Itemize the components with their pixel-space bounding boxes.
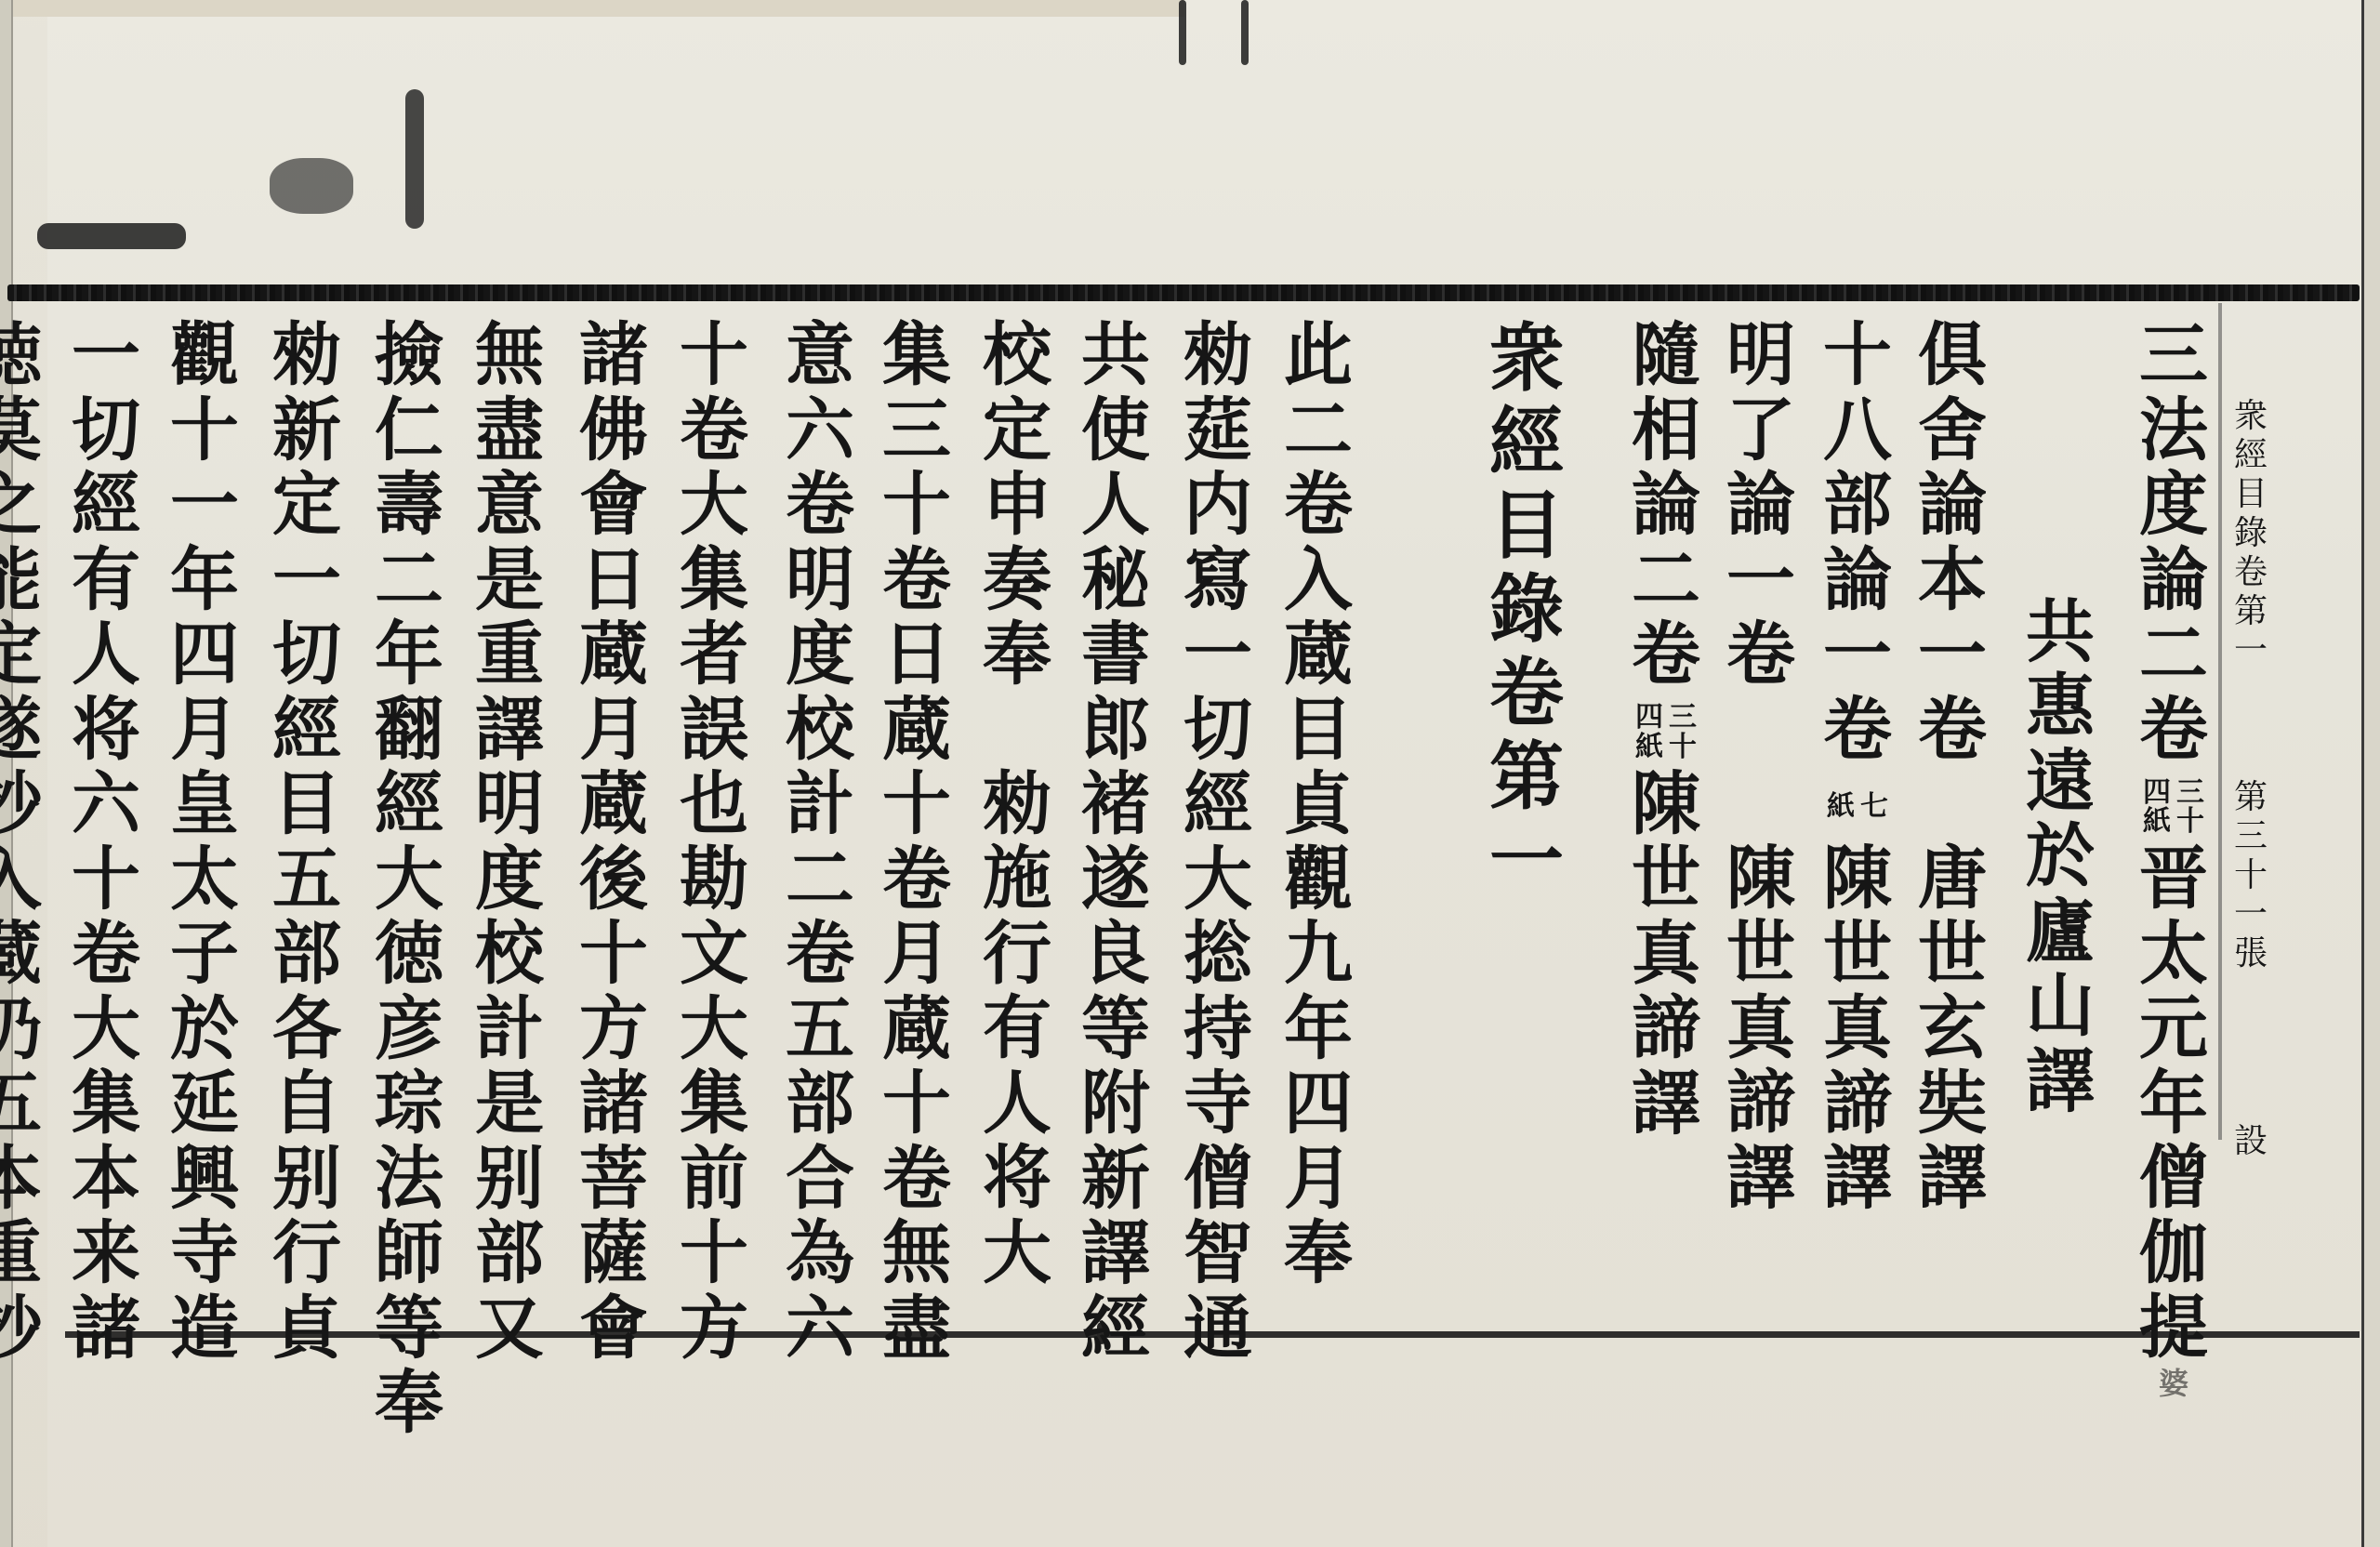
margin-glyph: 十 (2234, 859, 2268, 898)
glyph: 卷 (1489, 655, 1564, 739)
glyph: 定 (0, 620, 42, 695)
glyph: 僧 (1183, 1144, 1252, 1220)
glyph: 卷 (786, 470, 854, 546)
text-column: 十卷大集者誤也勘文大集前十方 (669, 321, 759, 1368)
text-column: 勑新定一切經目五部各自别行貞 (262, 321, 351, 1368)
margin-glyph: 錄 (2234, 517, 2268, 556)
glyph: 部 (272, 919, 341, 995)
glyph: 有 (72, 546, 140, 621)
glyph: 無 (882, 1219, 951, 1294)
glyph: 諦 (1632, 994, 1700, 1069)
glyph: 譯 (1081, 1219, 1150, 1294)
text-column: 集三十卷日蔵十卷月蔵十卷無盡 (872, 321, 961, 1368)
ink-stroke (1241, 0, 1249, 65)
glyph: 也 (680, 770, 748, 845)
glyph: 年 (2139, 1069, 2208, 1144)
glyph: 本 (72, 1144, 140, 1220)
glyph: 大 (72, 995, 140, 1070)
glyph: 陳 (1823, 844, 1892, 919)
glyph: 内 (1183, 470, 1252, 546)
glyph: 經 (1489, 404, 1564, 488)
glyph: 月 (579, 695, 648, 771)
glyph: 持 (1183, 995, 1252, 1070)
glyph: 四 (1284, 1069, 1353, 1144)
glyph: 會 (579, 470, 648, 546)
ink-smudge (270, 158, 353, 214)
margin-glyph: 卷 (2234, 556, 2268, 595)
glyph: 合 (786, 1144, 854, 1220)
glyph: 月 (170, 695, 239, 771)
glyph: 提 (2139, 1293, 2208, 1368)
glyph: 書 (1081, 620, 1150, 695)
glyph: 伽 (2139, 1219, 2208, 1294)
glyph: 日 (579, 546, 648, 621)
glyph: 諦 (1823, 1069, 1892, 1144)
glyph: 二 (786, 845, 854, 920)
glyph: 大 (983, 1219, 1051, 1294)
glyph: 法 (375, 1144, 443, 1220)
glyph: 奘 (1918, 1069, 1987, 1144)
glyph: 月 (882, 919, 951, 995)
glyph: 八 (1823, 396, 1892, 471)
glyph: 唐 (1918, 844, 1987, 919)
glyph: 惠 (2026, 672, 2095, 747)
text-column: 勑莚内寫一切經大捴持寺僧智通 (1173, 321, 1263, 1368)
glyph: 遂 (1081, 845, 1150, 920)
glyph: 諸 (579, 321, 648, 396)
glyph: 六 (786, 1294, 854, 1369)
glyph: 世 (1823, 919, 1892, 995)
glyph: 玄 (1918, 994, 1987, 1069)
glyph: 集 (680, 546, 748, 621)
glyph: 一 (1726, 546, 1795, 621)
text-column: 無盡意是重譯明度校計是别部又 (465, 321, 554, 1368)
glyph: 十 (579, 919, 648, 995)
margin-glyph: 一 (2234, 898, 2268, 937)
glyph: 十 (1823, 321, 1892, 396)
text-column: 共惠遠於廬山譯 (2016, 598, 2105, 1122)
frame-top-border (7, 284, 2360, 301)
glyph: 蔵 (1284, 620, 1353, 695)
margin-header-carver: 設 (2229, 1125, 2272, 1164)
glyph: 秘 (1081, 546, 1150, 621)
text-column: 一切經有人将六十卷大集本来諸 (61, 321, 151, 1368)
glyph: 部 (475, 1219, 544, 1294)
margin-glyph: 經 (2234, 439, 2268, 478)
glyph: 将 (72, 695, 140, 771)
glyph: 校 (983, 321, 1051, 396)
glyph: 共 (1081, 321, 1150, 396)
glyph: 山 (2026, 972, 2095, 1047)
glyph: 真 (1726, 994, 1795, 1069)
glyph: 度 (2139, 470, 2208, 546)
glyph: 真 (1632, 919, 1700, 995)
glyph: 陳 (1632, 770, 1700, 845)
glyph: 方 (579, 995, 648, 1070)
text-column: 校定申奏奉勑施行有人将大 (972, 321, 1062, 1293)
glyph: 蔵 (579, 620, 648, 695)
text-column: 共使人秘書郎褚遂良等附新譯經 (1071, 321, 1160, 1368)
glyph: 勑 (1183, 321, 1252, 396)
text-column: 此二卷入蔵目貞觀九年四月奉 (1274, 321, 1363, 1294)
glyph: 切 (1183, 695, 1252, 771)
glyph: 第 (1489, 739, 1564, 823)
glyph: 譯 (1632, 1069, 1700, 1144)
text-column: 觀十一年四月皇太子於延興寺造 (160, 321, 249, 1368)
glyph: 将 (983, 1144, 1051, 1219)
glyph: 二 (375, 546, 443, 621)
glyph: 人 (1081, 470, 1150, 546)
glyph: 諸 (72, 1294, 140, 1369)
ink-smudge (405, 89, 424, 229)
glyph: 論 (1726, 470, 1795, 546)
glyph: 目 (1284, 695, 1353, 771)
glyph: 太 (170, 845, 239, 920)
glyph: 延 (170, 1069, 239, 1144)
glyph: 卷 (72, 919, 140, 995)
glyph: 論 (1632, 470, 1700, 546)
scanned-page: 衆經目錄卷第一 第三十一張 設 三法度論二卷三十四紙晋太元年僧伽提婆共惠遠於廬山… (0, 0, 2380, 1547)
glyph: 奉 (983, 620, 1051, 695)
glyph: 定 (983, 396, 1051, 471)
note-line: 三十 (1669, 703, 1697, 761)
glyph: 譯 (475, 695, 544, 771)
glyph: 良 (1081, 919, 1150, 995)
glyph: 譯 (1823, 1144, 1892, 1219)
glyph: 一 (72, 321, 140, 396)
text-column: 諸佛會日蔵月蔵後十方諸菩薩會 (569, 321, 658, 1368)
glyph: 卷 (786, 919, 854, 995)
glyph: 無 (475, 321, 544, 396)
glyph: 遠 (2026, 747, 2095, 823)
glyph: 衆 (1489, 321, 1564, 404)
glyph: 錄 (1489, 572, 1564, 655)
text-column: 徳莫之能定遂抄入蔵仍五本重抄 (0, 321, 52, 1368)
glyph: 寺 (1183, 1069, 1252, 1144)
glyph: 薩 (579, 1219, 648, 1294)
glyph: 卷 (1284, 470, 1353, 546)
glyph: 自 (272, 1069, 341, 1144)
glyph: 諸 (579, 1069, 648, 1144)
glyph: 卷 (882, 546, 951, 621)
glyph: 勑 (272, 321, 341, 396)
glyph: 十 (170, 396, 239, 471)
glyph: 抄 (0, 1294, 42, 1369)
glyph: 奏 (983, 546, 1051, 621)
glyph: 了 (1726, 396, 1795, 471)
glyph: 造 (170, 1294, 239, 1369)
glyph: 於 (170, 995, 239, 1070)
glyph: 又 (475, 1294, 544, 1369)
glyph: 目 (272, 770, 341, 845)
glyph: 卷 (1823, 695, 1892, 771)
glyph: 誤 (680, 695, 748, 771)
glyph: 翻 (375, 695, 443, 771)
glyph: 元 (2139, 994, 2208, 1069)
glyph: 勑 (983, 770, 1051, 845)
glyph: 六 (72, 770, 140, 845)
glyph: 日 (882, 620, 951, 695)
glyph: 明 (475, 770, 544, 845)
glyph: 莚 (1183, 396, 1252, 471)
glyph: 三 (882, 396, 951, 471)
interlinear-note: 三十四紙 (1635, 695, 1697, 770)
glyph: 行 (983, 919, 1051, 995)
glyph: 之 (0, 470, 42, 546)
glyph: 師 (375, 1219, 443, 1294)
text-column: 俱舍論本一卷唐世玄奘譯 (1908, 321, 1997, 1219)
glyph: 論 (1823, 546, 1892, 621)
glyph: 卷 (680, 396, 748, 471)
glyph: 貞 (272, 1294, 341, 1369)
glyph: 集 (72, 1069, 140, 1144)
glyph: 入 (1284, 546, 1353, 621)
glyph: 方 (680, 1294, 748, 1369)
glyph: 盡 (882, 1294, 951, 1369)
glyph: 使 (1081, 396, 1150, 471)
glyph: 真 (1823, 994, 1892, 1069)
glyph: 捴 (1183, 919, 1252, 995)
glyph: 為 (786, 1219, 854, 1294)
glyph: 僧 (2139, 1144, 2208, 1219)
glyph: 貞 (1284, 770, 1353, 845)
glyph: 来 (72, 1219, 140, 1294)
glyph: 經 (375, 770, 443, 845)
glyph: 一 (1823, 620, 1892, 695)
glyph: 四 (170, 620, 239, 695)
glyph: 前 (680, 1144, 748, 1220)
glyph: 仁 (375, 396, 443, 471)
glyph: 共 (2026, 598, 2095, 673)
glyph: 晋 (2139, 844, 2208, 919)
glyph: 新 (272, 396, 341, 471)
margin-glyph: 張 (2234, 937, 2268, 976)
glyph: 蔵 (882, 995, 951, 1070)
glyph: 一 (1183, 620, 1252, 695)
glyph: 本 (1918, 546, 1987, 621)
glyph: 六 (786, 396, 854, 471)
glyph: 本 (0, 1144, 42, 1220)
glyph: 月 (1284, 1144, 1353, 1220)
margin-glyph: 一 (2234, 634, 2268, 673)
glyph: 集 (882, 321, 951, 396)
margin-rule (2218, 303, 2222, 1140)
glyph: 壽 (375, 470, 443, 546)
glyph: 奉 (375, 1368, 443, 1444)
glyph: 後 (579, 845, 648, 920)
page-top-strip (13, 0, 1184, 17)
glyph: 是 (475, 546, 544, 621)
glyph: 觀 (1284, 845, 1353, 920)
glyph: 二 (1284, 396, 1353, 471)
glyph: 集 (680, 1069, 748, 1144)
glyph: 是 (475, 1069, 544, 1144)
glyph: 五 (786, 995, 854, 1070)
glyph: 菩 (579, 1144, 648, 1220)
faded-glyph: 婆 (2159, 1368, 2188, 1406)
glyph: 計 (475, 995, 544, 1070)
glyph: 徳 (0, 321, 42, 396)
glyph: 年 (375, 620, 443, 695)
glyph: 等 (375, 1294, 443, 1369)
glyph: 大 (680, 470, 748, 546)
glyph: 二 (1632, 546, 1700, 621)
glyph: 各 (272, 995, 341, 1070)
glyph: 年 (170, 546, 239, 621)
glyph: 譯 (1918, 1144, 1987, 1219)
glyph: 申 (983, 470, 1051, 546)
glyph: 大 (680, 995, 748, 1070)
glyph: 目 (1489, 488, 1564, 572)
glyph: 切 (72, 396, 140, 471)
note-line: 七 (1860, 792, 1888, 822)
glyph: 卷 (1632, 620, 1700, 695)
glyph: 部 (1823, 470, 1892, 546)
margin-header-page: 第三十一張 (2229, 781, 2272, 976)
glyph: 重 (0, 1219, 42, 1294)
glyph: 皇 (170, 770, 239, 845)
glyph: 十 (882, 1069, 951, 1144)
glyph: 卷 (1918, 695, 1987, 771)
ink-stroke (1179, 0, 1186, 65)
glyph: 相 (1632, 396, 1700, 471)
text-column: 三法度論二卷三十四紙晋太元年僧伽提婆 (2129, 321, 2218, 1406)
glyph: 三 (2139, 321, 2208, 396)
glyph: 施 (983, 844, 1051, 919)
glyph: 一 (1489, 823, 1564, 906)
glyph: 蔵 (882, 695, 951, 771)
glyph: 仍 (0, 995, 42, 1070)
glyph: 彦 (375, 995, 443, 1070)
glyph: 别 (272, 1144, 341, 1220)
glyph: 一 (1918, 620, 1987, 695)
glyph: 大 (1183, 845, 1252, 920)
glyph: 者 (680, 620, 748, 695)
glyph: 一 (272, 546, 341, 621)
glyph: 經 (1081, 1294, 1150, 1369)
glyph: 經 (72, 470, 140, 546)
text-column: 隨相論二卷三十四紙陳世真諦譯 (1621, 321, 1711, 1144)
glyph: 智 (1183, 1219, 1252, 1294)
glyph: 意 (475, 470, 544, 546)
glyph: 切 (272, 620, 341, 695)
glyph: 卷 (1726, 620, 1795, 695)
glyph: 褚 (1081, 770, 1150, 845)
glyph: 卷 (2139, 695, 2208, 771)
text-column: 明了論一卷陳世真諦譯 (1716, 321, 1805, 1218)
glyph: 校 (786, 695, 854, 771)
glyph: 意 (786, 321, 854, 396)
glyph: 新 (1081, 1144, 1150, 1220)
margin-glyph: 第 (2234, 595, 2268, 634)
text-column: 意六卷明度校計二卷五部合為六 (775, 321, 865, 1368)
glyph: 度 (475, 845, 544, 920)
glyph: 文 (680, 919, 748, 995)
interlinear-note: 七紙 (1827, 770, 1888, 844)
glyph: 盡 (475, 396, 544, 471)
glyph: 附 (1081, 1069, 1150, 1144)
glyph: 通 (1183, 1294, 1252, 1369)
glyph: 行 (272, 1219, 341, 1294)
glyph: 十 (680, 1219, 748, 1294)
glyph: 此 (1284, 321, 1353, 396)
glyph: 於 (2026, 822, 2095, 897)
glyph: 法 (2139, 396, 2208, 471)
interlinear-note: 三十四紙 (2143, 770, 2204, 844)
glyph: 撿 (375, 321, 443, 396)
glyph: 等 (1081, 995, 1150, 1070)
glyph: 校 (475, 919, 544, 995)
glyph: 琮 (375, 1069, 443, 1144)
margin-glyph: 第 (2234, 781, 2268, 820)
glyph: 年 (1284, 995, 1353, 1070)
note-line: 四紙 (2143, 778, 2171, 837)
glyph: 重 (475, 620, 544, 695)
glyph: 能 (0, 546, 42, 621)
glyph: 十 (882, 770, 951, 845)
glyph: 别 (475, 1144, 544, 1220)
glyph: 世 (1726, 919, 1795, 994)
glyph: 有 (983, 994, 1051, 1069)
glyph: 興 (170, 1144, 239, 1220)
ink-smudge (37, 223, 186, 249)
glyph: 定 (272, 470, 341, 546)
glyph: 九 (1284, 919, 1353, 995)
note-line: 紙 (1827, 792, 1855, 822)
glyph: 二 (2139, 620, 2208, 695)
glyph: 俱 (1918, 321, 1987, 396)
margin-glyph: 三 (2234, 820, 2268, 859)
glyph: 五 (272, 845, 341, 920)
glyph: 抄 (0, 770, 42, 845)
note-line: 三十 (2176, 778, 2204, 837)
glyph: 諦 (1726, 1068, 1795, 1144)
glyph: 子 (170, 919, 239, 995)
glyph: 明 (1726, 321, 1795, 396)
margin-header-title: 衆經目錄卷第一 (2229, 400, 2272, 673)
margin-glyph: 設 (2234, 1125, 2268, 1164)
margin-glyph: 衆 (2234, 400, 2268, 439)
glyph: 論 (1918, 470, 1987, 546)
glyph: 經 (272, 695, 341, 771)
glyph: 奉 (1284, 1219, 1353, 1294)
glyph: 人 (72, 620, 140, 695)
glyph: 寺 (170, 1219, 239, 1294)
glyph: 陳 (1726, 844, 1795, 919)
glyph: 十 (72, 845, 140, 920)
glyph: 廬 (2026, 897, 2095, 972)
glyph: 計 (786, 770, 854, 845)
glyph: 大 (375, 845, 443, 920)
glyph: 遂 (0, 695, 42, 771)
glyph: 卷 (882, 845, 951, 920)
glyph: 十 (680, 321, 748, 396)
glyph: 徳 (375, 919, 443, 995)
glyph: 十 (882, 470, 951, 546)
glyph: 經 (1183, 770, 1252, 845)
page-right-edge (2361, 0, 2380, 1547)
text-column: 十八部論一卷七紙陳世真諦譯 (1813, 321, 1902, 1219)
glyph: 會 (579, 1294, 648, 1369)
glyph: 一 (170, 470, 239, 546)
glyph: 五 (0, 1069, 42, 1144)
glyph: 佛 (579, 396, 648, 471)
glyph: 蔵 (579, 770, 648, 845)
glyph: 論 (2139, 546, 2208, 621)
glyph: 莫 (0, 396, 42, 471)
glyph: 世 (1918, 919, 1987, 995)
glyph: 太 (2139, 919, 2208, 995)
